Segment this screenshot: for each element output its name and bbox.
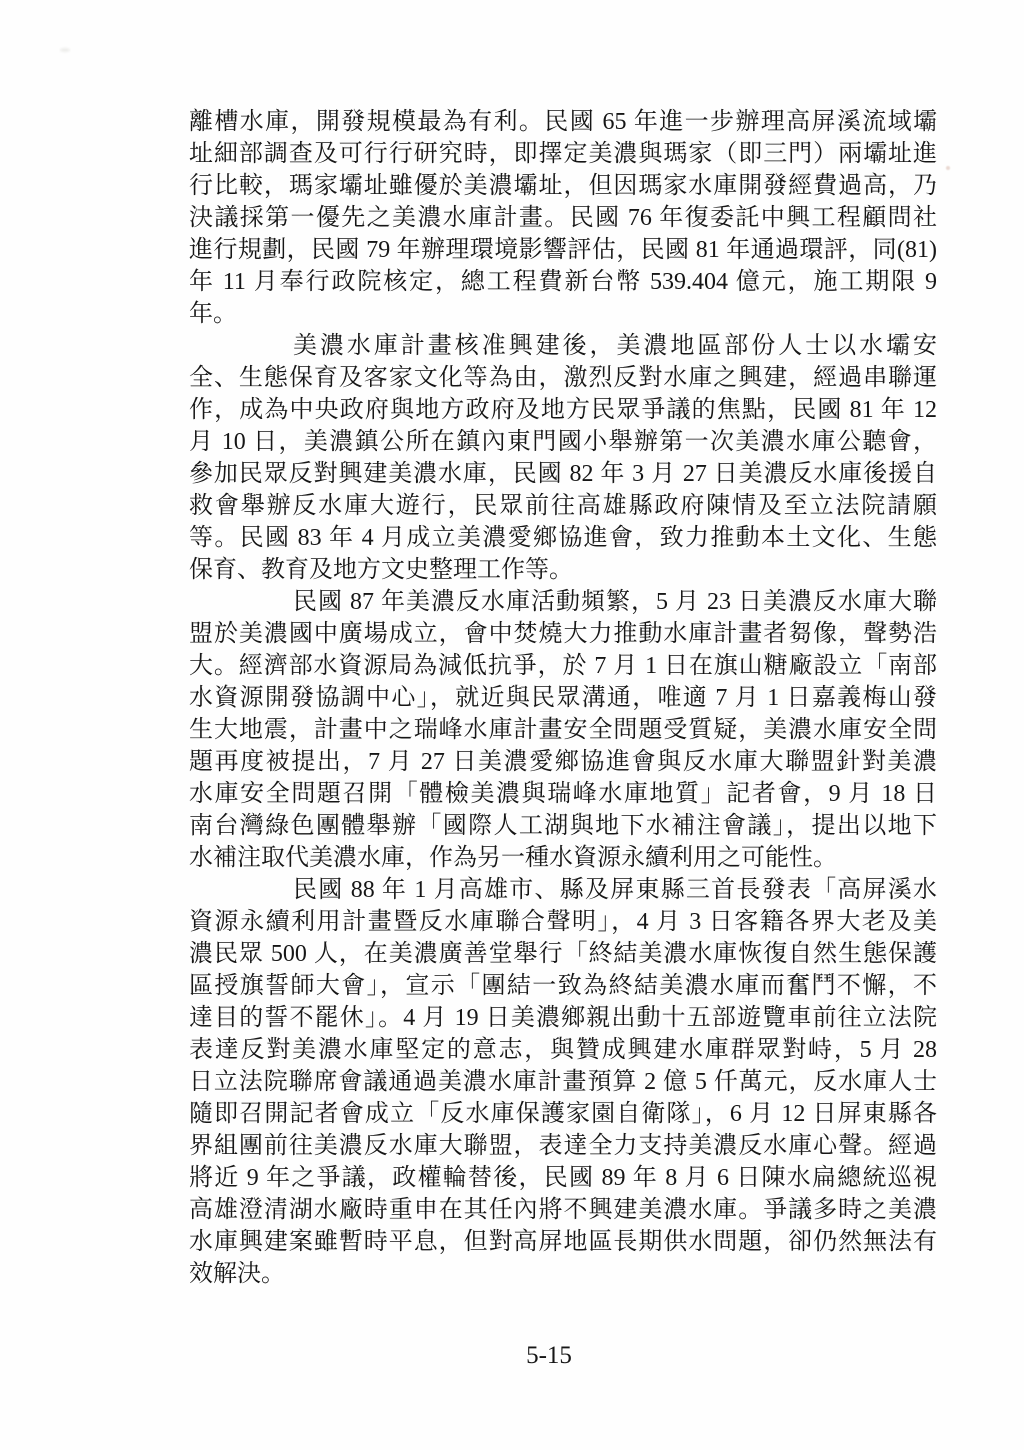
text-line: 水庫興建案雖暫時平息，但對高屏地區長期供水問題，卻仍然無法有 (189, 1226, 937, 1258)
text-line: 表達反對美濃水庫堅定的意志，與贊成興建水庫群眾對峙，5 月 28 (189, 1034, 937, 1066)
text-line: 隨即召開記者會成立「反水庫保護家園自衛隊」，6 月 12 日屏東縣各 (189, 1098, 937, 1130)
text-line: 日立法院聯席會議通過美濃水庫計畫預算 2 億 5 仟萬元，反水庫人士 (189, 1066, 937, 1098)
paragraph: 美濃水庫計畫核准興建後，美濃地區部份人士以水壩安全、生態保育及客家文化等為由，激… (189, 330, 937, 586)
text-line: 行比較，瑪家壩址雖優於美濃壩址，但因瑪家水庫開發經費過高，乃 (189, 170, 937, 202)
text-line: 年。 (189, 298, 937, 330)
text-line: 水資源開發協調中心」，就近與民眾溝通，唯適 7 月 1 日嘉義梅山發 (189, 682, 937, 714)
paragraph: 民國 88 年 1 月高雄市、縣及屏東縣三首長發表「高屏溪水資源永續利用計畫暨反… (189, 874, 937, 1290)
text-line: 區授旗誓師大會」，宣示「團結一致為終結美濃水庫而奮鬥不懈，不 (189, 970, 937, 1002)
text-line: 作，成為中央政府與地方政府及地方民眾爭議的焦點，民國 81 年 12 (189, 394, 937, 426)
text-line: 址細部調查及可行行研究時，即擇定美濃與瑪家（即三門）兩壩址進 (189, 138, 937, 170)
text-line: 水補注取代美濃水庫，作為另一種水資源永續利用之可能性。 (189, 842, 937, 874)
text-line: 進行規劃，民國 79 年辦理環境影響評估，民國 81 年通過環評，同(81) (189, 234, 937, 266)
text-line: 南台灣綠色團體舉辦「國際人工湖與地下水補注會議」，提出以地下 (189, 810, 937, 842)
page-footer: 5-15 (189, 1342, 909, 1370)
text-line: 達目的誓不罷休」。4 月 19 日美濃鄉親出動十五部遊覽車前往立法院 (189, 1002, 937, 1034)
text-line: 水庫安全問題召開「體檢美濃與瑞峰水庫地質」記者會，9 月 18 日 (189, 778, 937, 810)
text-line: 民國 87 年美濃反水庫活動頻繁，5 月 23 日美濃反水庫大聯 (189, 586, 937, 618)
text-line: 全、生態保育及客家文化等為由，激烈反對水庫之興建，經過串聯運 (189, 362, 937, 394)
text-line: 界組團前往美濃反水庫大聯盟，表達全力支持美濃反水庫心聲。經過 (189, 1130, 937, 1162)
text-line: 大。經濟部水資源局為減低抗爭，於 7 月 1 日在旗山糖廠設立「南部 (189, 650, 937, 682)
text-line: 效解決。 (189, 1258, 937, 1290)
scan-smudge (60, 48, 70, 52)
scan-speck (946, 166, 950, 170)
document-page: 離槽水庫，開發規模最為有利。民國 65 年進一步辦理高屏溪流域壩址細部調查及可行… (0, 0, 1024, 1450)
text-line: 救會舉辦反水庫大遊行，民眾前往高雄縣政府陳情及至立法院請願 (189, 490, 937, 522)
text-line: 盟於美濃國中廣場成立，會中焚燒大力推動水庫計畫者芻像，聲勢浩 (189, 618, 937, 650)
document-text-body: 離槽水庫，開發規模最為有利。民國 65 年進一步辦理高屏溪流域壩址細部調查及可行… (189, 106, 937, 1290)
text-line: 決議採第一優先之美濃水庫計畫。民國 76 年復委託中興工程顧問社 (189, 202, 937, 234)
text-line: 參加民眾反對興建美濃水庫，民國 82 年 3 月 27 日美濃反水庫後援自 (189, 458, 937, 490)
paragraph: 民國 87 年美濃反水庫活動頻繁，5 月 23 日美濃反水庫大聯盟於美濃國中廣場… (189, 586, 937, 874)
text-line: 濃民眾 500 人，在美濃廣善堂舉行「終結美濃水庫恢復自然生態保護 (189, 938, 937, 970)
text-line: 保育、教育及地方文史整理工作等。 (189, 554, 937, 586)
text-line: 月 10 日，美濃鎮公所在鎮內東門國小舉辦第一次美濃水庫公聽會， (189, 426, 937, 458)
text-line: 離槽水庫，開發規模最為有利。民國 65 年進一步辦理高屏溪流域壩 (189, 106, 937, 138)
text-line: 民國 88 年 1 月高雄市、縣及屏東縣三首長發表「高屏溪水 (189, 874, 937, 906)
page-number: 5-15 (526, 1342, 572, 1369)
text-line: 將近 9 年之爭議，政權輪替後，民國 89 年 8 月 6 日陳水扁總統巡視 (189, 1162, 937, 1194)
paragraph: 離槽水庫，開發規模最為有利。民國 65 年進一步辦理高屏溪流域壩址細部調查及可行… (189, 106, 937, 330)
text-line: 資源永續利用計畫暨反水庫聯合聲明」，4 月 3 日客籍各界大老及美 (189, 906, 937, 938)
text-line: 等。民國 83 年 4 月成立美濃愛鄉協進會，致力推動本土文化、生態 (189, 522, 937, 554)
text-line: 題再度被提出，7 月 27 日美濃愛鄉協進會與反水庫大聯盟針對美濃 (189, 746, 937, 778)
text-line: 年 11 月奉行政院核定，總工程費新台幣 539.404 億元，施工期限 9 (189, 266, 937, 298)
text-line: 生大地震，計畫中之瑞峰水庫計畫安全問題受質疑，美濃水庫安全問 (189, 714, 937, 746)
text-line: 高雄澄清湖水廠時重申在其任內將不興建美濃水庫。爭議多時之美濃 (189, 1194, 937, 1226)
text-line: 美濃水庫計畫核准興建後，美濃地區部份人士以水壩安 (189, 330, 937, 362)
